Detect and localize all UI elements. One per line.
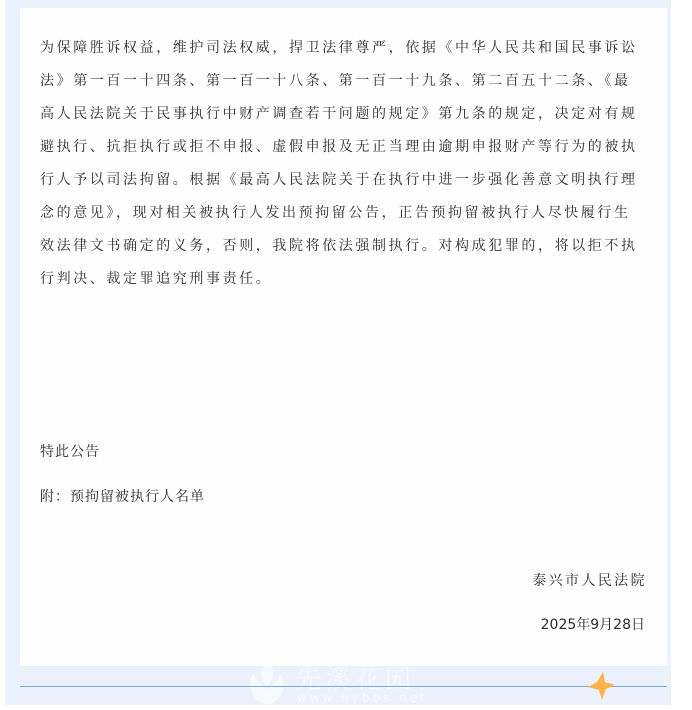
body-line: 避执行、抗拒执行或拒不申报、虚假申报及无正当理由逾期申报财产等行为的被执 bbox=[40, 131, 652, 164]
footer-divider bbox=[20, 686, 667, 687]
issue-date: 2025年9月28日 bbox=[541, 614, 645, 634]
body-line: 行人予以司法拘留。根据《最高人民法院关于在执行中进一步强化善意文明执行理 bbox=[40, 164, 652, 197]
closing-statement: 特此公告 bbox=[40, 441, 100, 461]
body-line: 念的意见》，现对相关被执行人发出预拘留公告，正告预拘留被执行人尽快履行生 bbox=[40, 197, 652, 230]
attachment-note: 附：预拘留被执行人名单 bbox=[40, 486, 205, 506]
body-line: 法》第一百一十四条、第一百一十八条、第一百一十九条、第二百五十二条、《最 bbox=[40, 65, 652, 98]
body-line: 为保障胜诉权益，维护司法权威，捍卫法律尊严，依据《中华人民共和国民事诉讼 bbox=[40, 32, 652, 65]
body-line: 行判决、裁定罪追究刑事责任。 bbox=[40, 263, 652, 296]
star-icon bbox=[586, 671, 616, 701]
body-line: 效法律文书确定的义务，否则，我院将依法强制执行。对构成犯罪的，将以拒不执 bbox=[40, 230, 652, 263]
issuer-signature: 泰兴市人民法院 bbox=[532, 570, 647, 590]
body-line: 高人民法院关于民事执行中财产调查若干问题的规定》第九条的规定，决定对有规 bbox=[40, 98, 652, 131]
notice-body: 为保障胜诉权益，维护司法权威，捍卫法律尊严，依据《中华人民共和国民事诉讼 法》第… bbox=[40, 32, 652, 296]
